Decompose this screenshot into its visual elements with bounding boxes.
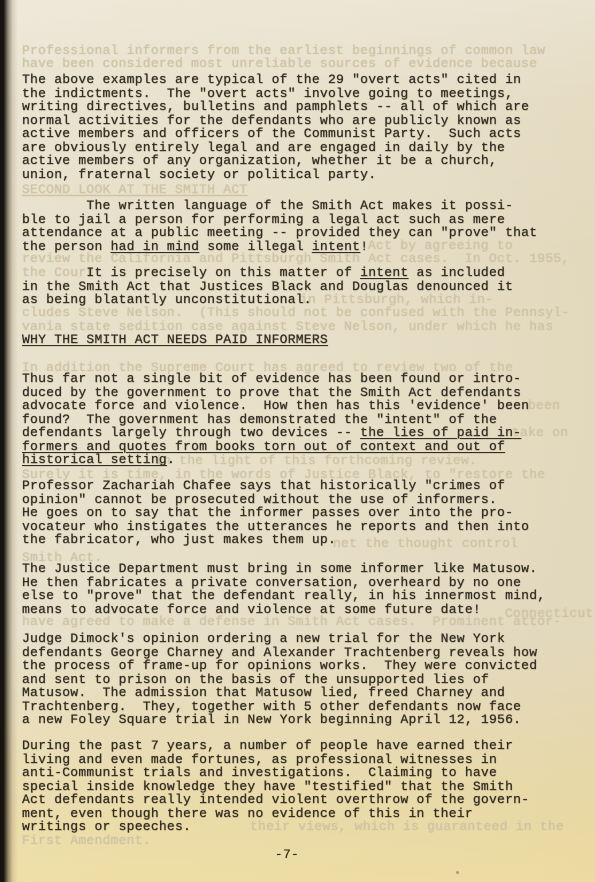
paragraph-judge-dimock: Judge Dimock's opinion ordering a new tr…	[22, 632, 537, 727]
paragraph-professional-witnesses: During the past 7 years, a number of peo…	[22, 739, 529, 834]
paragraph-professor-chafee: Professor Zachariah Chafee says that his…	[22, 479, 529, 547]
page-number: -7-	[22, 847, 552, 862]
typed-text-layer: The above examples are typical of the 29…	[0, 0, 595, 882]
paragraph-overt-acts: The above examples are typical of the 29…	[22, 73, 529, 181]
paragraph-no-evidence: Thus far not a single bit of evidence ha…	[22, 372, 529, 467]
paragraph-written-language: The written language of the Smith Act ma…	[22, 199, 537, 253]
paragraph-justice-department: The Justice Department must bring in som…	[22, 562, 545, 616]
scanned-document-page: Professional informers from the earliest…	[0, 0, 595, 882]
ink-speck	[456, 871, 459, 874]
paragraph-intent-matter: It is precisely on this matter of intent…	[22, 266, 513, 307]
section-heading-why-smith-act-needs-paid-informers: WHY THE SMITH ACT NEEDS PAID INFORMERS	[22, 333, 328, 347]
